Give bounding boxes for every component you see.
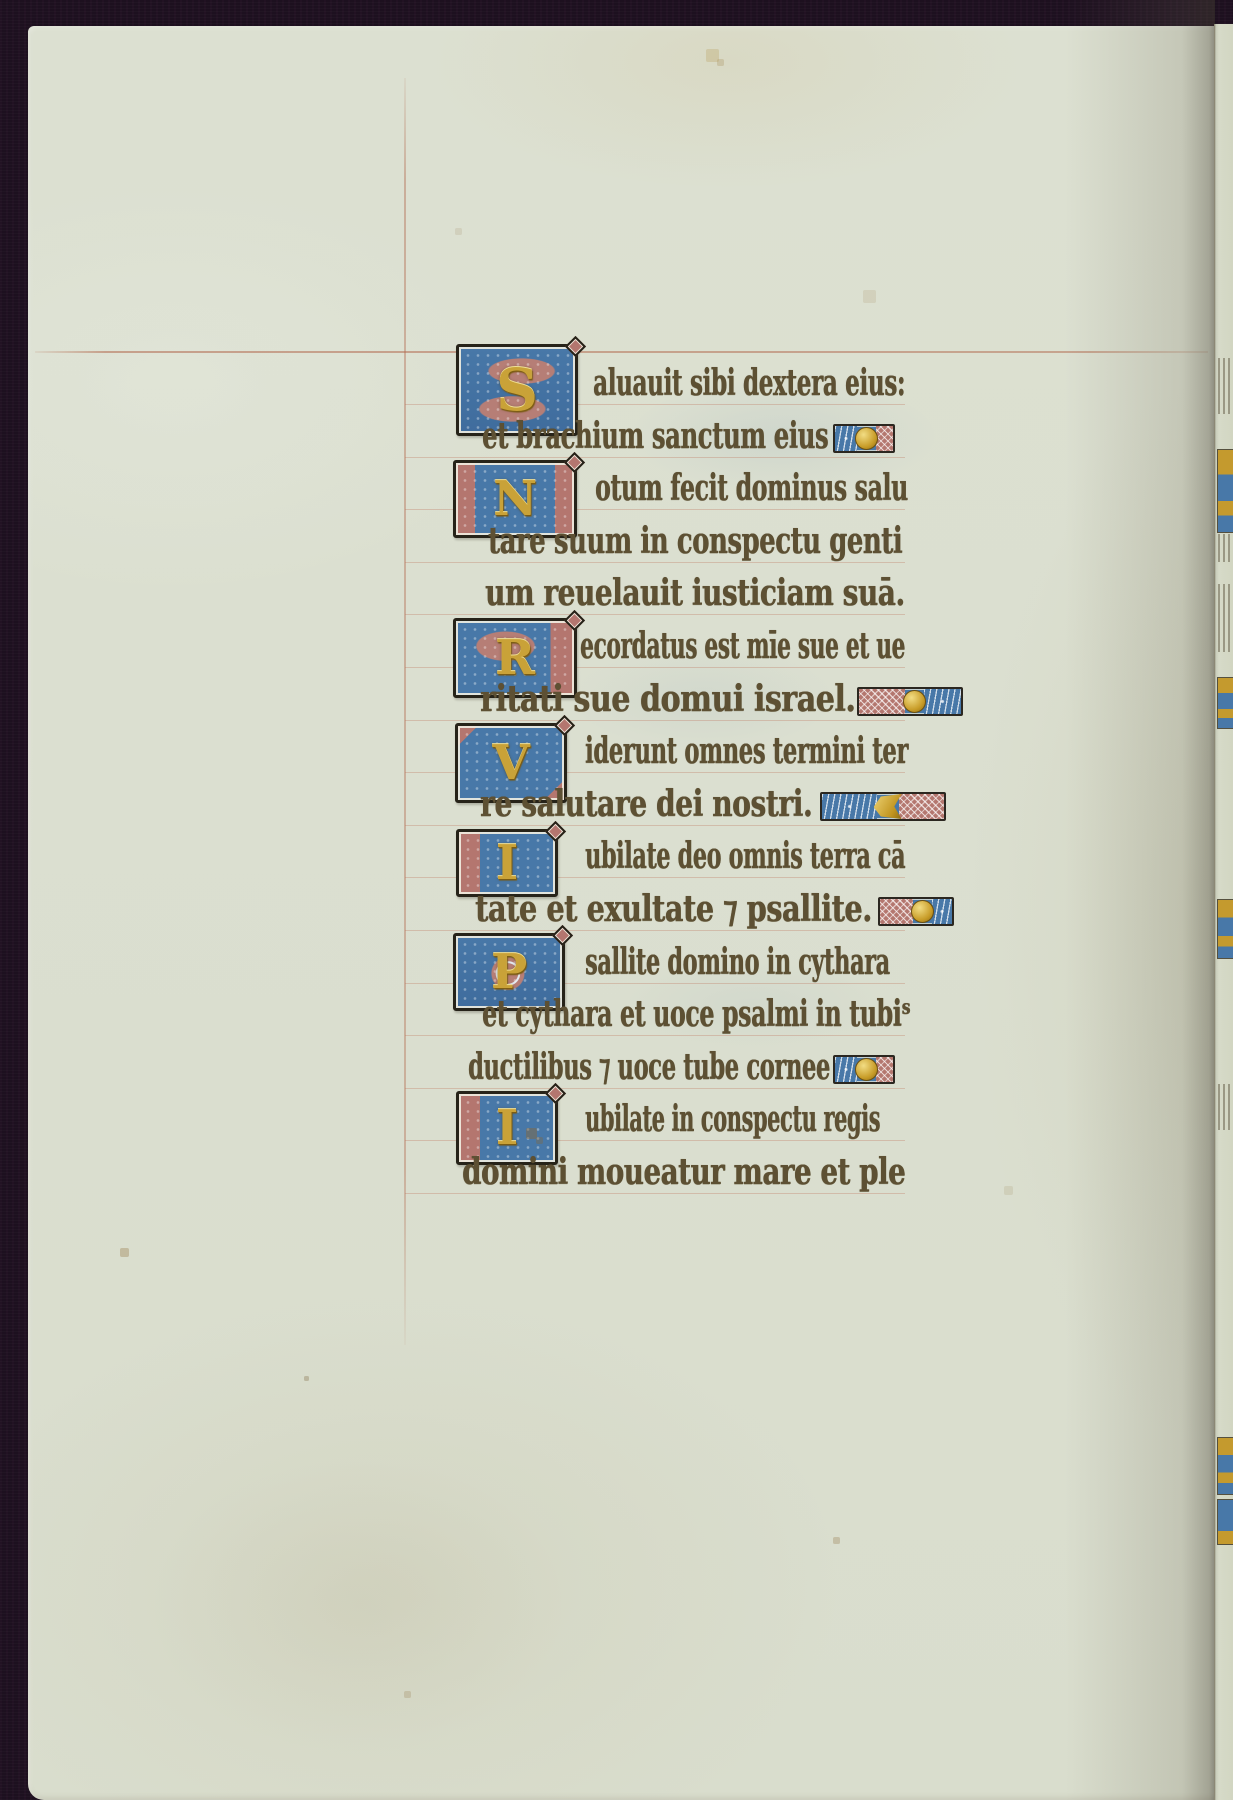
filler-gold-leaf (874, 794, 902, 819)
facing-page-fragment (1218, 534, 1233, 562)
initial-letter: V (492, 739, 529, 787)
verse-line: domini moueatur mare et ple (462, 1148, 905, 1196)
line-filler-blue-gold-pink (833, 424, 895, 453)
filler-blue-segment (835, 426, 857, 451)
verse-line: sallite domino in cythara (585, 938, 890, 986)
verse-line: otum fecit dominus salu (595, 464, 908, 512)
verse-line: et cythara et uoce psalmi in tubiˢ (482, 990, 910, 1038)
facing-page-fragment (1218, 450, 1233, 532)
initial-letter: P (491, 948, 527, 996)
facing-page-fragment (1218, 1438, 1233, 1494)
initial-letter: N (493, 475, 537, 523)
filler-blue-segment (835, 1057, 857, 1082)
facing-page-fragment (1218, 358, 1233, 414)
verse-line: ubilate in conspectu regis (585, 1095, 880, 1143)
filler-pink-segment (876, 426, 893, 451)
filler-pink-segment (899, 794, 944, 819)
initial-letter: I (496, 1104, 518, 1152)
filler-pink-segment (876, 1057, 893, 1082)
initial-letter: R (495, 634, 535, 682)
parchment-mottling (148, 1456, 568, 1756)
facing-page-fragment (1218, 900, 1233, 958)
line-filler-blue-goldleaf-pink (820, 792, 946, 821)
facing-page-fragment (1218, 584, 1233, 652)
line-filler-blue-gold-pink (833, 1055, 895, 1084)
filler-gold-disc (855, 1058, 878, 1081)
verse-line: ubilate deo omnis terra cā (585, 832, 905, 880)
verse-line: ductilibus ⁊ uoce tube cornee (468, 1043, 830, 1091)
facing-page-edge (1214, 24, 1233, 1800)
verse-line: aluauit sibi dextera eius: (593, 359, 905, 407)
facing-page-fragment (1218, 1084, 1233, 1130)
line-filler-pink-gold-blue (878, 897, 954, 926)
filler-blue-segment (932, 899, 952, 924)
manuscript-scan: S N R V I P I aluauit sibi dextera eius:… (0, 0, 1233, 1800)
filler-pink-segment (859, 689, 905, 714)
verse-line: tate et exultate ⁊ psallite. (475, 885, 872, 933)
verse-line: ecordatus est mīe sue et ue (580, 622, 905, 670)
filler-blue-segment (924, 689, 961, 714)
filler-gold-disc (855, 427, 878, 450)
verse-line: um reuelauit iusticiam suā. (485, 569, 905, 617)
facing-page-fragment (1218, 678, 1233, 728)
initial-letter: I (496, 839, 518, 887)
verse-line: tare suum in conspectu genti (488, 517, 902, 565)
filler-gold-disc (911, 900, 934, 923)
stain-specks (0, 0, 1, 1)
facing-page-fragment (1218, 1500, 1233, 1544)
filler-gold-disc (903, 690, 926, 713)
line-filler-pink-gold-blue (857, 687, 963, 716)
initial-letter: S (496, 361, 538, 419)
verse-line: iderunt omnes termini ter (585, 727, 908, 775)
filler-pink-segment (880, 899, 913, 924)
filler-blue-segment (822, 794, 877, 819)
verse-line: ritati sue domui israel. (480, 675, 855, 723)
gutter-shadow (1065, 0, 1215, 1800)
